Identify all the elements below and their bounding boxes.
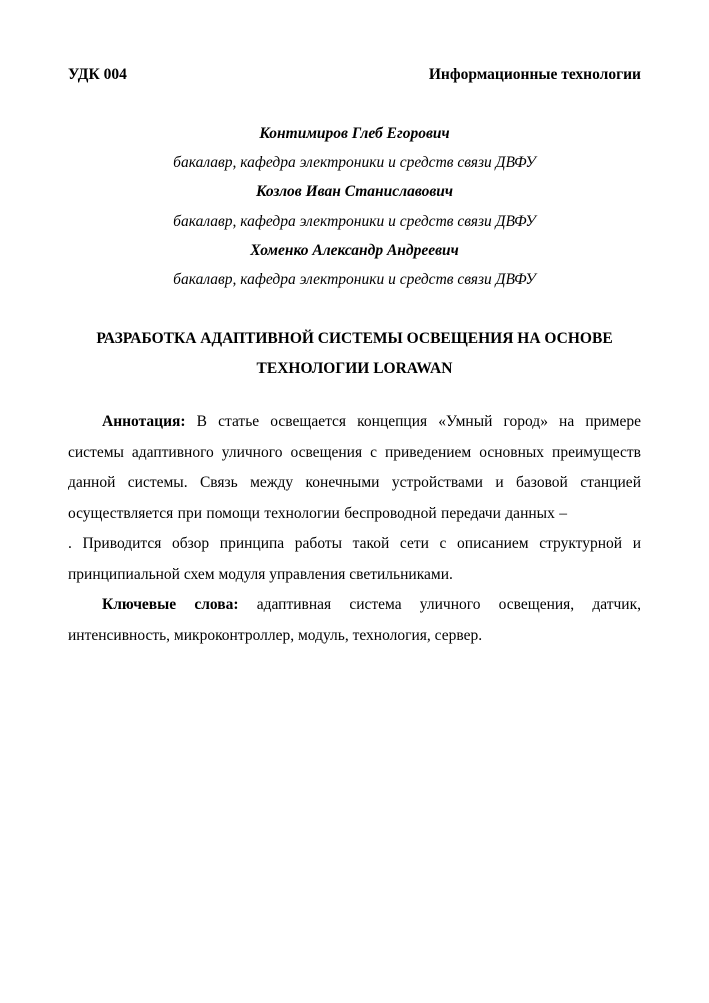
keywords-paragraph: Ключевые слова: адаптивная система уличн… [68,590,641,651]
title-line-1: РАЗРАБОТКА АДАПТИВНОЙ СИСТЕМЫ ОСВЕЩЕНИЯ … [60,324,649,354]
author-affiliation: бакалавр, кафедра электроники и средств … [0,270,709,299]
author-affiliation: бакалавр, кафедра электроники и средств … [0,153,709,182]
author-name: Козлов Иван Станиславович [0,182,709,211]
paper-title: РАЗРАБОТКА АДАПТИВНОЙ СИСТЕМЫ ОСВЕЩЕНИЯ … [60,324,649,384]
udk-code: УДК 004 [68,66,127,84]
abstract-section: Аннотация: В статье освещается концепция… [68,407,641,651]
authors-block: Контимиров Глеб Егорович бакалавр, кафед… [0,124,709,299]
abstract-label: Аннотация: [102,413,186,430]
section-name: Информационные технологии [429,66,641,84]
abstract-paragraph: Аннотация: В статье освещается концепция… [68,407,641,590]
abstract-text-part-2: . Приводится обзор принципа работы такой… [68,535,641,583]
page-header: УДК 004 Информационные технологии [68,66,641,86]
author-name: Хоменко Александр Андреевич [0,241,709,270]
author-affiliation: бакалавр, кафедра электроники и средств … [0,212,709,241]
author-name: Контимиров Глеб Егорович [0,124,709,153]
document-page: УДК 004 Информационные технологии Контим… [0,0,709,1003]
title-line-2: ТЕХНОЛОГИИ LORAWAN [60,354,649,384]
keywords-label: Ключевые слова: [102,596,239,613]
